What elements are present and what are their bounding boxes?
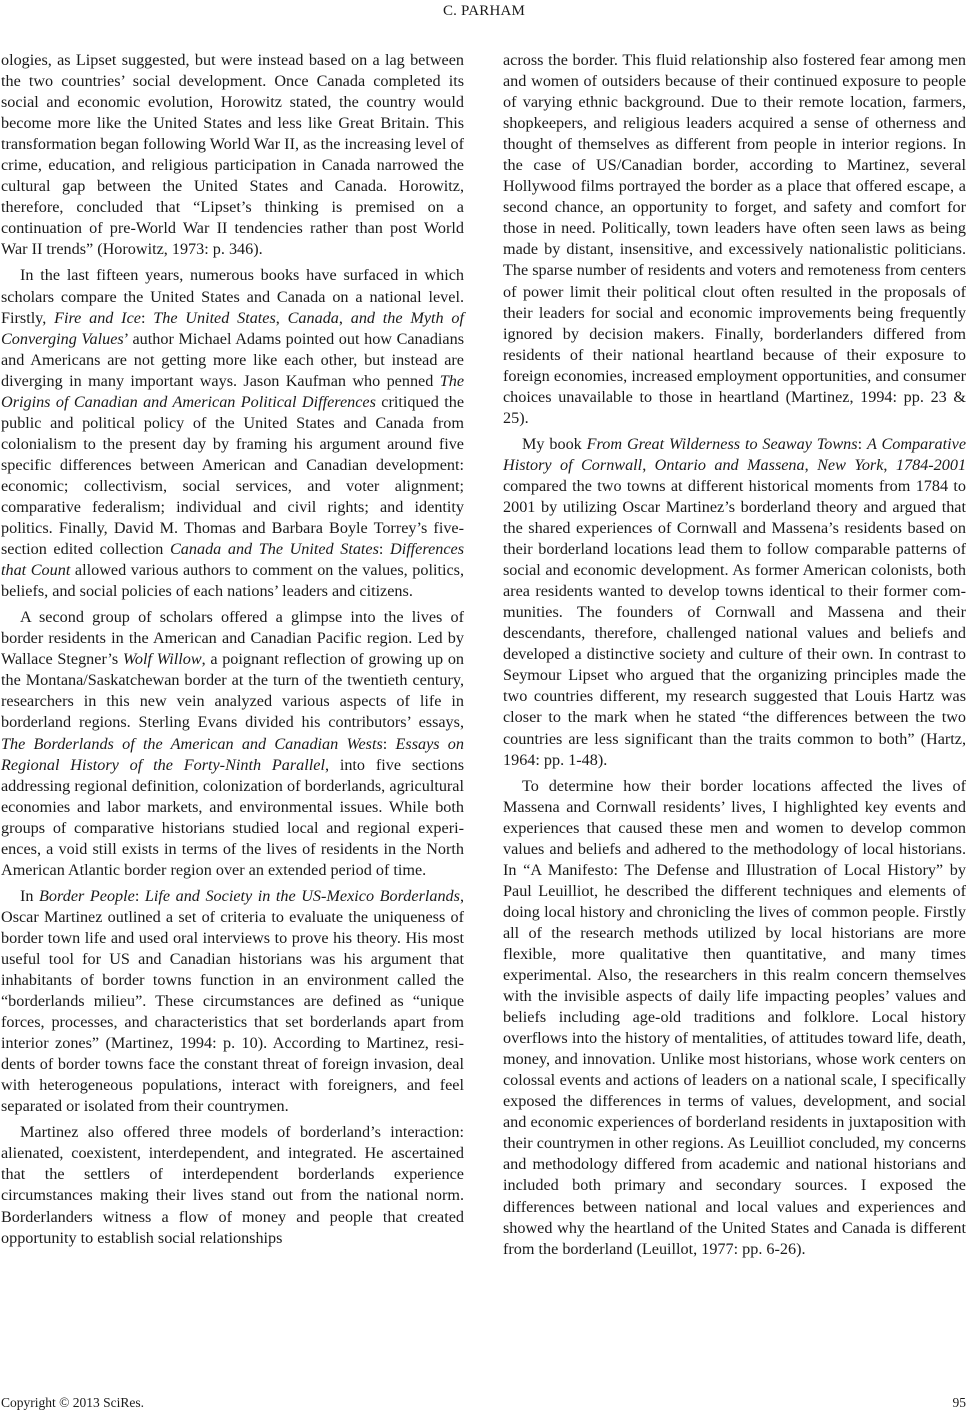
paragraph-text: ,: [642, 456, 654, 474]
paragraph-text: across the border. This fluid relationsh…: [503, 51, 966, 427]
paragraph-martinez-models: Martinez also offered three models of bo…: [1, 1122, 464, 1248]
book-title: Fire and Ice: [54, 309, 141, 327]
paragraph-text: ,: [339, 309, 351, 327]
paragraph-text: :: [141, 309, 153, 327]
paragraph-my-book: My book From Great Wilderness to Seaway …: [503, 434, 966, 771]
book-title: The United States: [153, 309, 276, 327]
paragraph-text: , Oscar Martinez outlined a set of crite…: [1, 887, 464, 1115]
book-title: Canada and The United States: [170, 540, 379, 558]
paragraph-pacific-border-scholars: A second group of scholars offered a gli…: [1, 607, 464, 881]
left-column: ologies, as Lipset suggested, but were i…: [1, 50, 464, 1249]
book-title: Canada: [288, 309, 339, 327]
right-column: across the border. This fluid relationsh…: [503, 50, 966, 1260]
book-title: New York: [817, 456, 883, 474]
paragraph-text: compared the two towns at different hist…: [503, 477, 966, 769]
paragraph-fluid-relationship: across the border. This fluid relationsh…: [503, 50, 966, 429]
book-title: Border People: [39, 887, 135, 905]
copyright-text: Copyright © 2013 SciRes.: [1, 1395, 144, 1410]
paragraph-text: ,: [883, 456, 895, 474]
paragraph-local-history-methodology: To determine how their border locations …: [503, 776, 966, 1260]
book-title: From Great Wilderness to Seaway Towns: [587, 435, 858, 453]
paragraph-text: ,: [276, 309, 288, 327]
paragraph-horowitz-lag: ologies, as Lipset suggested, but were i…: [1, 50, 464, 260]
paragraph-text: To determine how their border locations …: [503, 777, 966, 1258]
paragraph-national-comparisons: In the last fifteen years, numerous book…: [1, 265, 464, 602]
page-number-text: 95: [953, 1395, 967, 1410]
running-header: C. PARHAM: [0, 1, 968, 21]
paragraph-text: In: [20, 887, 39, 905]
paragraph-text: :: [383, 735, 396, 753]
book-title: Ontario and Massena: [655, 456, 805, 474]
book-title: Wolf Willow: [123, 650, 202, 668]
paragraph-text: allowed various authors to com­ment on t…: [1, 561, 464, 600]
paragraph-text: My book: [522, 435, 587, 453]
paragraph-border-people: In Border People: Life and Society in th…: [1, 886, 464, 1118]
paragraph-text: critiqued the public and political polic…: [1, 393, 464, 558]
paragraph-text: ologies, as Lipset suggested, but were i…: [1, 51, 464, 258]
copyright-notice: Copyright © 2013 SciRes.: [1, 1395, 144, 1411]
author-running-title: C. PARHAM: [443, 3, 525, 19]
paragraph-text: Martinez also offered three models of bo…: [1, 1123, 464, 1246]
paragraph-text: :: [135, 887, 145, 905]
page-number: 95: [953, 1395, 967, 1411]
book-title: Life and Society in the US-Mexico Bor­de…: [145, 887, 460, 905]
paragraph-text: , into five sections addressing regional…: [1, 756, 464, 879]
paragraph-text: :: [379, 540, 390, 558]
paragraph-text: ,: [805, 456, 817, 474]
paragraph-text: :: [858, 435, 867, 453]
book-title: The Borderlands of the American and Cana…: [1, 735, 383, 753]
book-title: 1784-2001: [896, 456, 966, 474]
article-body: ologies, as Lipset suggested, but were i…: [0, 50, 968, 1360]
